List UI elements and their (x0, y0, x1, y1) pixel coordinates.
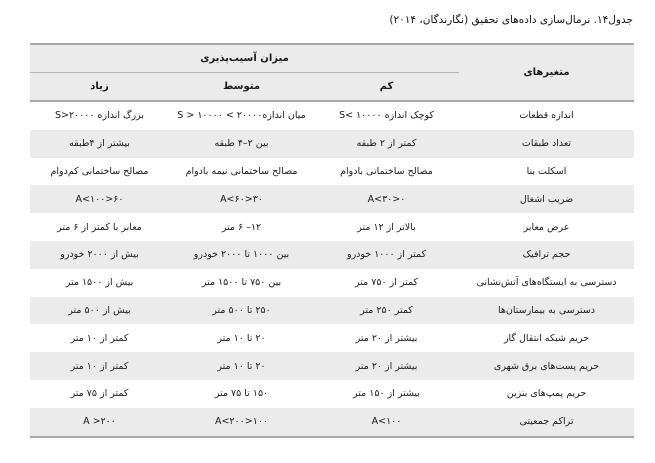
cell-low: کمتر ۲۵۰ متر (314, 297, 459, 325)
cell-variable: ضریب اشغال (459, 185, 634, 213)
cell-high: بیش از ۵۰۰ متر (30, 297, 169, 325)
cell-low: بیشتر از ۱۵۰ متر (314, 380, 459, 408)
cell-high: بزرگ اندازه ۲۰۰۰۰<S (30, 101, 169, 130)
cell-variable: حریم پست‌های برق شهری (459, 352, 634, 380)
table-header: متغیرهای میزان آسیب‌پذیری کم متوسط زیاد (30, 44, 634, 101)
cell-high: کمتر از ۷۵ متر (30, 380, 169, 408)
cell-medium: بین ۱۰۰۰ تا ۲۰۰۰ خودرو (169, 241, 314, 269)
header-low: کم (314, 73, 459, 102)
cell-medium: ۲۵۰ تا ۵۰۰ متر (169, 297, 314, 325)
cell-low: بیشتر از ۲۰ متر (314, 352, 459, 380)
table-row: اندازه قطعات کوچک اندازه ۱۰۰۰۰ >S میان ا… (30, 101, 634, 130)
table-body: اندازه قطعات کوچک اندازه ۱۰۰۰۰ >S میان ا… (30, 101, 634, 437)
table-row: تراکم جمعیتی A<۱۰۰ ۱۰۰<A<۲۰۰ A >۲۰۰ (30, 408, 634, 437)
cell-variable: عرض معابر (459, 213, 634, 241)
cell-high: معابر با کمتر از ۶ متر (30, 213, 169, 241)
normalization-table: متغیرهای میزان آسیب‌پذیری کم متوسط زیاد … (30, 43, 634, 438)
cell-variable: حریم شبکه انتقال گاز (459, 324, 634, 352)
cell-medium: مصالح ساختمانی نیمه بادوام (169, 158, 314, 186)
cell-low: کمتر از ۱۰۰۰ خودرو (314, 241, 459, 269)
cell-variable: دسترسی به ایستگاه‌های آتش‌نشانی (459, 269, 634, 297)
cell-variable: اسکلت بنا (459, 158, 634, 186)
cell-high: ۶۰<A<۱۰۰ (30, 185, 169, 213)
table-row: حریم پست‌های برق شهری بیشتر از ۲۰ متر ۲۰… (30, 352, 634, 380)
cell-high: A >۲۰۰ (30, 408, 169, 437)
cell-low: کمتر از ۷۵۰ متر (314, 269, 459, 297)
header-high: زیاد (30, 73, 169, 102)
table-row: حجم ترافیک کمتر از ۱۰۰۰ خودرو بین ۱۰۰۰ ت… (30, 241, 634, 269)
cell-low: A<۱۰۰ (314, 408, 459, 437)
cell-medium: ۲۰ تا ۱۰ متر (169, 324, 314, 352)
cell-medium: بین ۷۵۰ تا ۱۵۰۰ متر (169, 269, 314, 297)
table-row: عرض معابر بالاتر از ۱۲ متر ۱۲– ۶ متر معا… (30, 213, 634, 241)
cell-medium: میان اندازه۲۰۰۰۰ > S > ۱۰۰۰۰ (169, 101, 314, 130)
cell-low: کمتر از ۲ طبقه (314, 130, 459, 158)
cell-high: بیش از ۱۵۰۰ متر (30, 269, 169, 297)
table-row: ضریب اشغال ۰<A<۳۰ ۳۰<A<۶۰ ۶۰<A<۱۰۰ (30, 185, 634, 213)
cell-variable: اندازه قطعات (459, 101, 634, 130)
cell-medium: ۲۰ تا ۱۰ متر (169, 352, 314, 380)
cell-variable: حجم ترافیک (459, 241, 634, 269)
cell-medium: ۱۰۰<A<۲۰۰ (169, 408, 314, 437)
header-medium: متوسط (169, 73, 314, 102)
table-caption: جدول۱۴. نرمال‌سازی داده‌های تحقیق (نگارن… (389, 14, 633, 26)
cell-medium: ۱۲– ۶ متر (169, 213, 314, 241)
header-vulnerability-level: میزان آسیب‌پذیری (30, 44, 459, 73)
cell-high: بیشتر از ۴طبقه (30, 130, 169, 158)
cell-high: مصالح ساختمانی کم‌دوام (30, 158, 169, 186)
cell-medium: بین ۲–۴ طبقه (169, 130, 314, 158)
cell-high: بیش از ۲۰۰۰ خودرو (30, 241, 169, 269)
cell-variable: تراکم جمعیتی (459, 408, 634, 437)
cell-low: مصالح ساختمانی بادوام (314, 158, 459, 186)
cell-low: بیشتر از ۲۰ متر (314, 324, 459, 352)
cell-low: بالاتر از ۱۲ متر (314, 213, 459, 241)
header-variables: متغیرهای (459, 44, 634, 101)
table-row: حریم شبکه انتقال گاز بیشتر از ۲۰ متر ۲۰ … (30, 324, 634, 352)
cell-variable: دسترسی به بیمارستان‌ها (459, 297, 634, 325)
cell-variable: حریم پمپ‌های بنزین (459, 380, 634, 408)
table-row: حریم پمپ‌های بنزین بیشتر از ۱۵۰ متر ۱۵۰ … (30, 380, 634, 408)
cell-high: کمتر از ۱۰ متر (30, 352, 169, 380)
cell-low: ۰<A<۳۰ (314, 185, 459, 213)
table-row: دسترسی به ایستگاه‌های آتش‌نشانی کمتر از … (30, 269, 634, 297)
table-row: دسترسی به بیمارستان‌ها کمتر ۲۵۰ متر ۲۵۰ … (30, 297, 634, 325)
cell-medium: ۳۰<A<۶۰ (169, 185, 314, 213)
table-row: تعداد طبقات کمتر از ۲ طبقه بین ۲–۴ طبقه … (30, 130, 634, 158)
table-row: اسکلت بنا مصالح ساختمانی بادوام مصالح سا… (30, 158, 634, 186)
cell-low: کوچک اندازه ۱۰۰۰۰ >S (314, 101, 459, 130)
cell-high: کمتر از ۱۰ متر (30, 324, 169, 352)
cell-medium: ۱۵۰ تا ۷۵ متر (169, 380, 314, 408)
cell-variable: تعداد طبقات (459, 130, 634, 158)
